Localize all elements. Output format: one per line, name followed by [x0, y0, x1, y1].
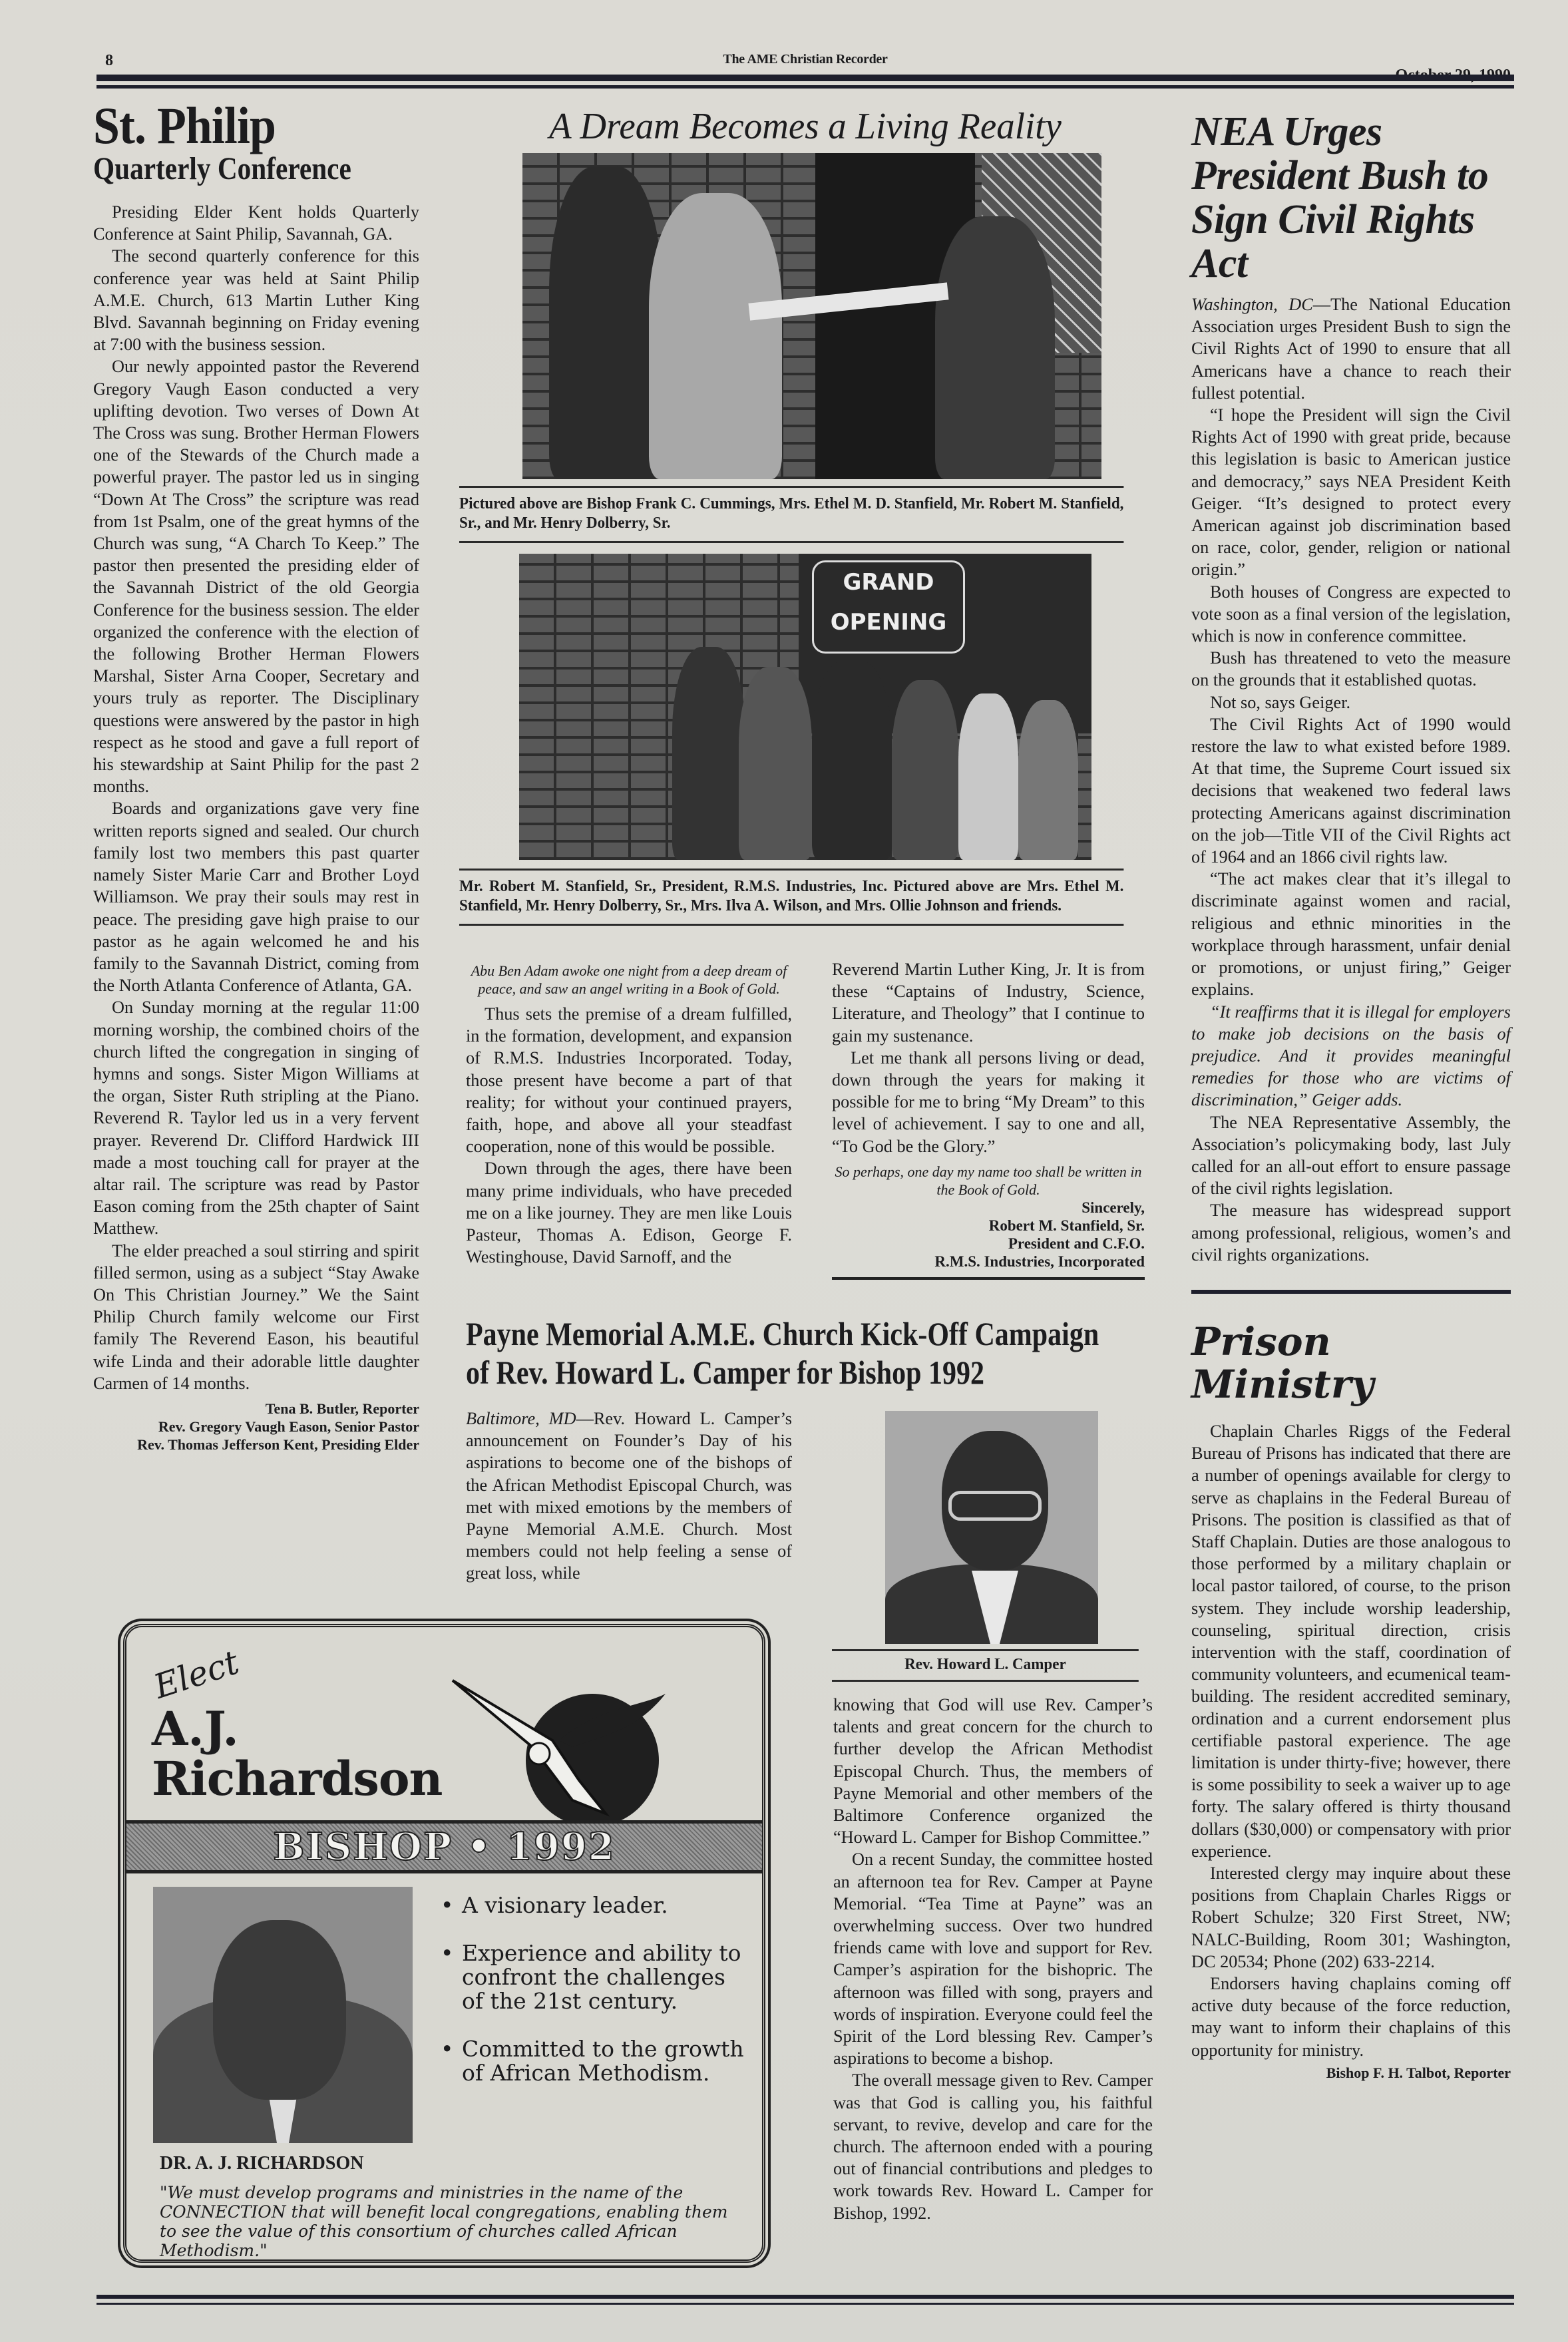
paragraph: The second quarterly conference for this… [93, 245, 419, 355]
paragraph: On a recent Sunday, the committee hosted… [833, 1848, 1153, 2069]
paragraph: The measure has widespread support among… [1191, 1199, 1511, 1266]
letter-right-column: Reverend Martin Luther King, Jr. It is f… [832, 958, 1145, 1280]
signature-line: Tena B. Butler, Reporter [93, 1400, 419, 1418]
masthead: 8 The AME Christian Recorder October 29,… [100, 47, 1511, 100]
article-prison-ministry: Prison Ministry Chaplain Charles Riggs o… [1191, 1320, 1511, 2082]
bullet-item: Committed to the growth of African Metho… [439, 2037, 752, 2085]
paragraph: Presiding Elder Kent holds Quarterly Con… [93, 201, 419, 245]
ribbon-cutting-photo [522, 153, 1101, 479]
ad-candidate-name: A.J. [152, 1704, 239, 1754]
headline: of Rev. Howard L. Camper for Bishop 1992 [466, 1353, 1048, 1392]
article-body-continued: knowing that God will use Rev. Camper’s … [833, 1694, 1153, 2224]
signature-line: Rev. Thomas Jefferson Kent, Presiding El… [93, 1436, 419, 1454]
ad-candidate-name: Richardson [152, 1754, 442, 1804]
letter-body: Reverend Martin Luther King, Jr. It is f… [832, 958, 1145, 1157]
headline: NEA Urges President Bush to Sign Civil R… [1191, 110, 1511, 286]
paragraph: Not so, says Geiger. [1191, 691, 1511, 713]
paragraph: Both houses of Congress are expected to … [1191, 581, 1511, 648]
paragraph: The elder preached a soul stirring and s… [93, 1240, 419, 1394]
footer-rule [97, 2295, 1514, 2299]
photo-caption: Rev. Howard L. Camper [832, 1649, 1139, 1682]
headline: Prison Ministry [1191, 1320, 1364, 1406]
paragraph: Thus sets the premise of a dream fulfill… [466, 1003, 792, 1157]
paragraph: Chaplain Charles Riggs of the Federal Bu… [1191, 1420, 1511, 1862]
camper-portrait-photo [885, 1411, 1098, 1644]
article-st-philip: St. Philip Quarterly Conference Presidin… [93, 100, 419, 1454]
grand-opening-sign: GRAND OPENING [812, 560, 965, 654]
candidate-quote: "We must develop programs and ministries… [160, 2183, 732, 2260]
newspaper-page: 8 The AME Christian Recorder October 29,… [0, 0, 1568, 2342]
paragraph: Boards and organizations gave very fine … [93, 797, 419, 996]
article-nea: NEA Urges President Bush to Sign Civil R… [1191, 110, 1511, 2082]
section-rule [1191, 1290, 1511, 1294]
paragraph: The Civil Rights Act of 1990 would resto… [1191, 713, 1511, 868]
photo-caption: Mr. Robert M. Stanfield, Sr., President,… [459, 869, 1123, 926]
closing-verse: So perhaps, one day my name too shall be… [832, 1163, 1145, 1199]
bullet-item: A visionary leader. [439, 1893, 752, 1917]
paragraph: Our newly appointed pastor the Reverend … [93, 355, 419, 797]
paragraph: On Sunday morning at the regular 11:00 m… [93, 996, 419, 1239]
article-dream: A Dream Becomes a Living Reality Picture… [459, 106, 1151, 1637]
dateline: Washington, DC [1191, 295, 1313, 314]
grand-opening-photo: GRAND OPENING [519, 554, 1091, 860]
signature-line: Sincerely, [832, 1199, 1145, 1217]
bullet-item: Experience and ability to confront the c… [439, 1941, 752, 2013]
paragraph: Endorsers having chaplains coming off ac… [1191, 1973, 1511, 2061]
masthead-rule [97, 75, 1514, 81]
letter-left-column: Abu Ben Adam awoke one night from a deep… [466, 962, 792, 1268]
letter-body: Thus sets the premise of a dream fulfill… [466, 1003, 792, 1268]
subheadline: Quarterly Conference [93, 152, 373, 186]
campaign-advertisement: Elect A.J. Richardson BISHOP • 1992 A vi… [123, 1624, 765, 2263]
paragraph: Reverend Martin Luther King, Jr. It is f… [832, 958, 1145, 1047]
headline: St. Philip [93, 100, 393, 152]
publication-name: The AME Christian Recorder [100, 52, 1511, 67]
headline: Payne Memorial A.M.E. Church Kick-Off Ca… [466, 1314, 1048, 1353]
masthead-rule-thin [97, 85, 1514, 89]
ad-bullet-list: A visionary leader. Experience and abili… [439, 1893, 752, 2109]
opening-verse: Abu Ben Adam awoke one night from a deep… [466, 962, 792, 998]
signature-line: Rev. Gregory Vaugh Eason, Senior Pastor [93, 1418, 419, 1436]
ad-banner-text: BISHOP • 1992 [273, 1825, 615, 1869]
article-body: Presiding Elder Kent holds Quarterly Con… [93, 201, 419, 1394]
paragraph: Interested clergy may inquire about thes… [1191, 1862, 1511, 1973]
ad-banner: BISHOP • 1992 [126, 1820, 762, 1873]
signature-line: R.M.S. Industries, Incorporated [832, 1253, 1145, 1270]
paragraph: The NEA Representative Assembly, the Ass… [1191, 1111, 1511, 1200]
dove-icon [439, 1667, 679, 1827]
paragraph: Let me thank all persons living or dead,… [832, 1047, 1145, 1157]
paragraph: The overall message given to Rev. Camper… [833, 2069, 1153, 2224]
paragraph: “It reaffirms that it is illegal for emp… [1191, 1001, 1511, 1111]
footer-rule-thin [97, 2303, 1514, 2305]
portrait-name: DR. A. J. RICHARDSON [160, 2153, 363, 2174]
article-body: Baltimore, MD—Rev. Howard L. Camper’s an… [466, 1408, 792, 1585]
ad-elect-script: Elect [149, 1643, 244, 1706]
byline: Bishop F. H. Talbot, Reporter [1191, 2064, 1511, 2082]
article-body: Washington, DC—The National Education As… [1191, 293, 1511, 1266]
paragraph: Baltimore, MD—Rev. Howard L. Camper’s an… [466, 1408, 792, 1585]
signature-line: Robert M. Stanfield, Sr. [832, 1217, 1145, 1235]
paragraph: knowing that God will use Rev. Camper’s … [833, 1694, 1153, 1848]
article-body: Chaplain Charles Riggs of the Federal Bu… [1191, 1420, 1511, 2061]
letter-signature: Sincerely, Robert M. Stanfield, Sr. Pres… [832, 1199, 1145, 1270]
paragraph: Bush has threatened to veto the measure … [1191, 647, 1511, 691]
paragraph: Down through the ages, there have been m… [466, 1157, 792, 1268]
headline: A Dream Becomes a Living Reality [466, 106, 1144, 146]
article-payne-memorial: Payne Memorial A.M.E. Church Kick-Off Ca… [466, 1314, 1158, 1392]
photo-caption: Pictured above are Bishop Frank C. Cummi… [459, 486, 1123, 543]
dateline: Baltimore, MD [466, 1409, 576, 1428]
lead-text: —Rev. Howard L. Camper’s announcement on… [466, 1409, 792, 1583]
paragraph: Washington, DC—The National Education As… [1191, 293, 1511, 404]
candidate-portrait-photo [153, 1887, 413, 2143]
paragraph: “The act makes clear that it’s illegal t… [1191, 868, 1511, 1000]
paragraph: “I hope the President will sign the Civi… [1191, 404, 1511, 581]
section-rule [832, 1277, 1145, 1280]
byline: Tena B. Butler, Reporter Rev. Gregory Va… [93, 1400, 419, 1454]
signature-line: President and C.F.O. [832, 1235, 1145, 1253]
